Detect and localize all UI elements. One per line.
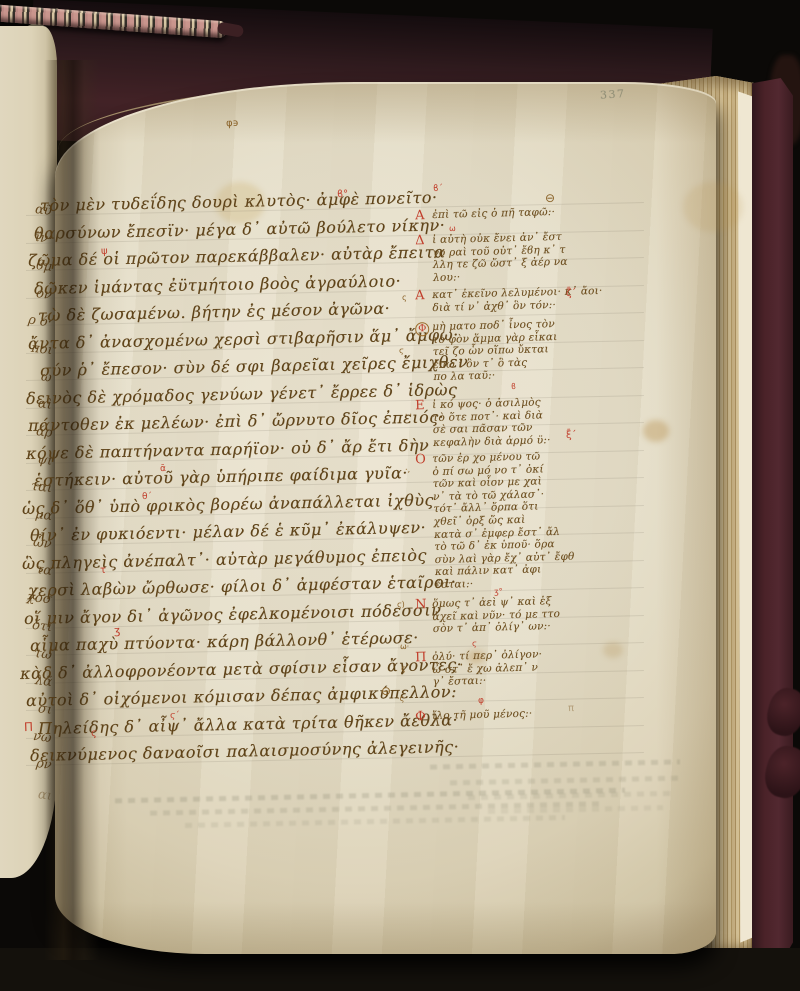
parchment-stain: [683, 182, 743, 232]
rubric-mark: ᾿᾿: [404, 414, 413, 424]
rubric-mark: ϛ: [399, 346, 404, 355]
rubric-mark: φ϶: [226, 118, 239, 129]
rubric-mark: ϛ: [472, 639, 477, 648]
rubric-mark: ω: [449, 224, 456, 233]
manuscript-photo: αῦϊν·ϐμονρ ό·ποιωαὶἄρψιταιμαὧνταχοσὅτιτω…: [0, 0, 800, 991]
scholion-entry: Πὀλύ· τί περ᾽ ὀλίγον·ὦ στ᾽ ἔ χω ἀλεπ᾽ νγ…: [432, 648, 571, 689]
rubric-mark: ζ̄΄: [566, 288, 577, 299]
scholion-entry: Δἰ αὐτὴ οὐκ ἔνει ἀν᾽ ἔστγο ραὶ τοῦ οὐτ᾽ …: [432, 231, 571, 285]
scholion-entry: Φμὴ ματο ποδ᾽ ἶνος τὸντὸ φὸν ἅμμα γὰρ εἶ…: [432, 318, 571, 384]
rubric-mark: π: [568, 703, 574, 714]
scholion-entry: Οτῶν ἐρ χο μένου τῶὀ πί σω μό νο τ᾽ ὀκίτ…: [432, 450, 573, 592]
scholion-entry: Ακατ᾽ ἐκεῖνο λελυμένοι· κ᾽ ἄοι·διὰ τί ν᾽…: [432, 286, 571, 315]
rubric-mark: ϛ): [397, 600, 405, 609]
rubric-initial: Α: [415, 288, 425, 303]
rubric-mark: ·,: [405, 465, 410, 474]
rubric-mark: τ: [100, 565, 106, 576]
scholion-entry: Νὅμως τ᾽ ἀεὶ ψ᾽ καὶ ἑξἀχεῖ καὶ νῦν· τό μ…: [432, 595, 571, 636]
left-page-fragment: αι: [37, 787, 53, 805]
rubric-mark: ς: [402, 293, 407, 302]
rubric-initial: Φ: [415, 709, 426, 724]
rubric-mark: ψ: [101, 246, 108, 257]
rubric-initial: Ν: [415, 597, 427, 612]
parchment-stain: [643, 420, 669, 442]
rubric-mark: Π: [24, 720, 34, 734]
rubric-mark: ⊖: [381, 684, 392, 698]
rubric-mark: ·ς: [397, 694, 405, 703]
rubric-mark: ʒ°: [494, 587, 503, 596]
rubric-initial: Ο: [415, 452, 426, 467]
rubric-mark: ϛ: [91, 728, 97, 739]
rubric-mark: ϐ΄: [433, 184, 443, 194]
rubric-mark: ϐ: [511, 382, 516, 391]
folio-number: 337: [600, 87, 626, 102]
rubric-mark: ξ̄΄: [566, 430, 577, 441]
rubric-mark: θ΄: [142, 492, 152, 502]
rubric-mark: ϛ΄: [170, 711, 180, 721]
rubric-mark: ⊖: [545, 191, 556, 205]
rubric-mark: φ: [478, 696, 484, 706]
background-floor: [0, 948, 800, 991]
parchment-stain: [603, 642, 623, 658]
rubric-mark: ϐ°: [337, 189, 349, 200]
cover-edge: [752, 78, 793, 960]
rubric-initial: Ε: [415, 398, 425, 413]
rubric-initial: Δ: [415, 233, 425, 248]
rubric-mark: ᾱ: [160, 464, 166, 474]
scholion-entry: Εἰ κό ψος· ὁ ἀσιλμὸςτὸ ὅτε ποτ᾽· καὶ διὰ…: [432, 396, 571, 450]
rubric-initial: Α: [415, 208, 425, 223]
rubric-mark: ω·: [400, 642, 410, 651]
rubric-initial: Π: [415, 650, 427, 665]
rubric-mark: ϛ΄: [401, 664, 410, 673]
rubric-mark: ʒ: [114, 624, 121, 637]
